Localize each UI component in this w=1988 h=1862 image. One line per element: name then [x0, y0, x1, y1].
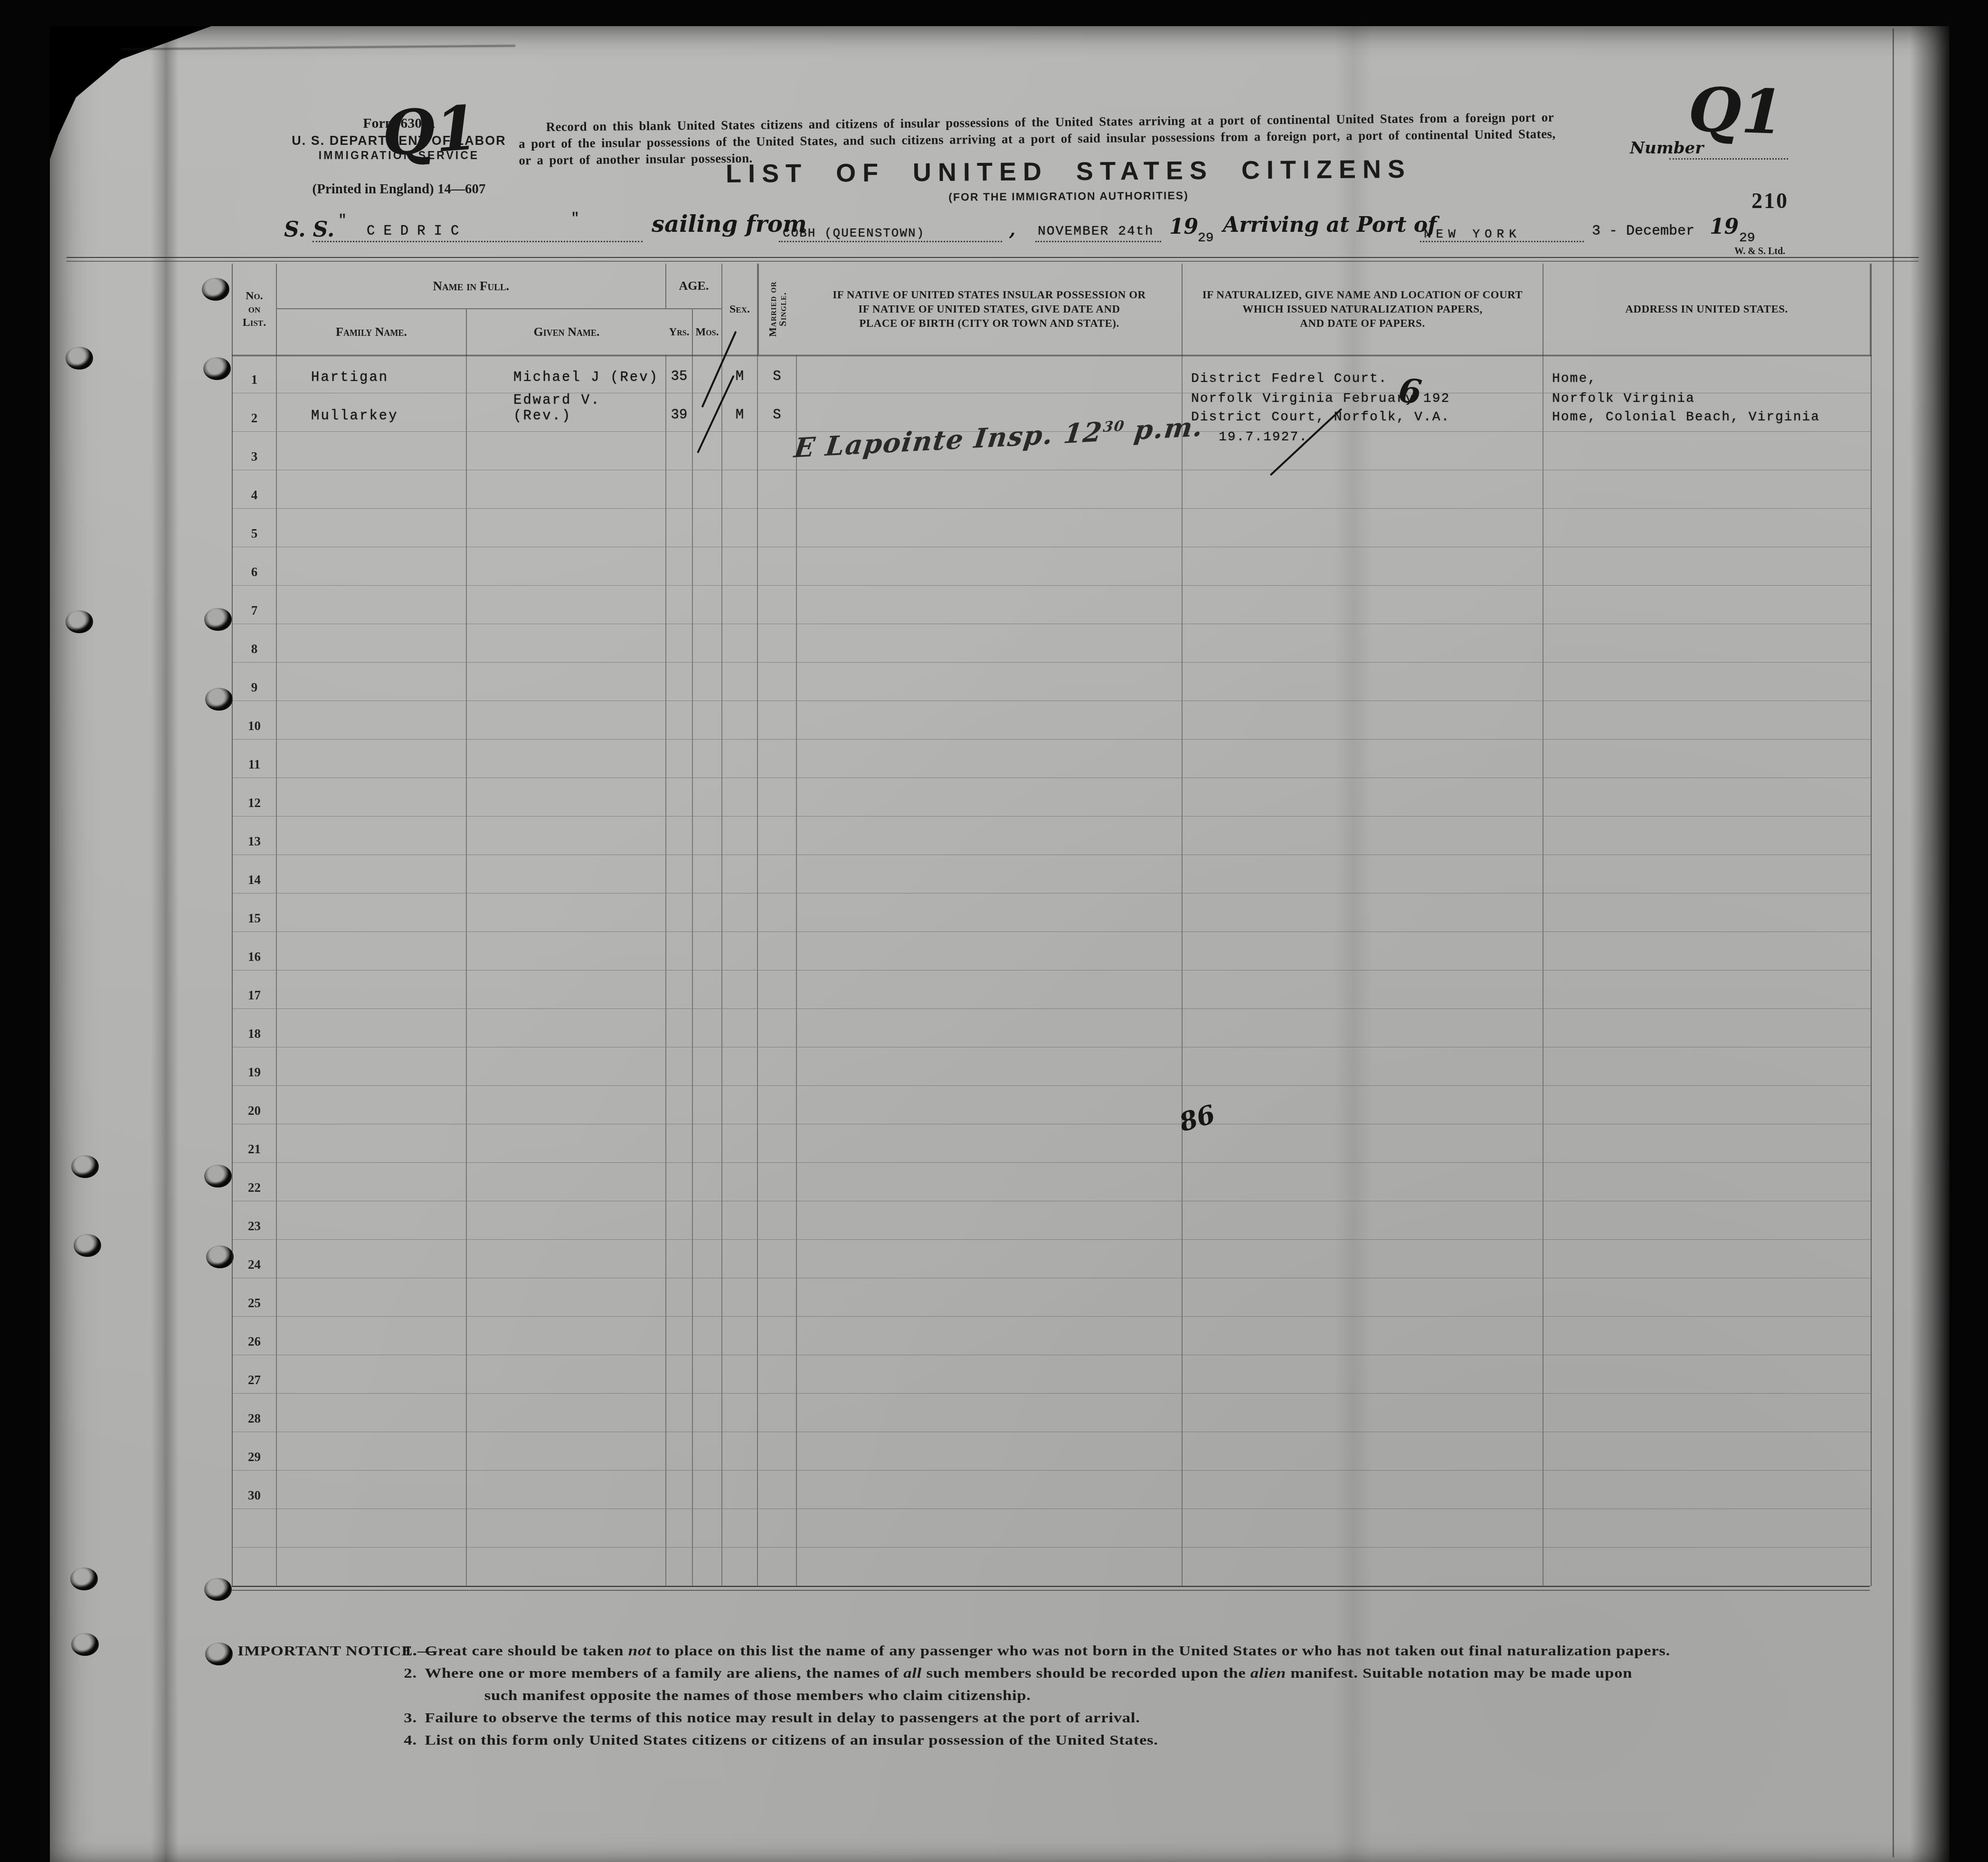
table-cell [758, 586, 797, 624]
table-cell [693, 1047, 722, 1086]
table-cell [467, 470, 666, 509]
table-cell [467, 1509, 666, 1548]
table-cell [277, 1317, 467, 1355]
table-cell [693, 1124, 722, 1163]
table-cell [693, 1317, 722, 1355]
table-cell [467, 855, 666, 893]
table-cell [722, 1509, 758, 1548]
table-cell [277, 970, 467, 1009]
table-cell [1543, 1317, 1871, 1355]
table-cell [797, 1201, 1183, 1240]
table-cell [277, 663, 467, 701]
table-cell [693, 1471, 722, 1509]
table-cell: S [758, 393, 797, 432]
important-notice: IMPORTANT NOTICE.—1.Great care should be… [237, 1640, 1890, 1751]
table-cell: Home, Colonial Beach, Virginia [1543, 393, 1871, 432]
table-cell [693, 509, 722, 547]
table-cell [1543, 1509, 1871, 1548]
table-cell [758, 1201, 797, 1240]
table-cell [693, 701, 722, 740]
table-cell [797, 970, 1183, 1009]
table-cell [277, 1394, 467, 1432]
table-cell [693, 970, 722, 1009]
table-body: 1HartiganMichael J (Rev)35MSDistrict Fed… [232, 355, 1872, 1586]
row-number-cell: 26 [233, 1317, 277, 1355]
table-cell [797, 663, 1183, 701]
table-cell [467, 547, 666, 586]
table-cell [467, 1124, 666, 1163]
printer-mark: W. & S. Ltd. [1734, 246, 1785, 257]
table-cell [1183, 1317, 1543, 1355]
table-cell [1543, 932, 1871, 970]
table-cell [758, 1086, 797, 1124]
table-cell [693, 817, 722, 855]
table-cell [1183, 586, 1543, 624]
table-cell [277, 817, 467, 855]
inspector-signature-time-sup: 30 [1102, 418, 1126, 436]
table-cell [666, 1317, 693, 1355]
sheet-number-stamp: 210 [1751, 188, 1789, 213]
table-cell: 35 [666, 355, 693, 393]
notice-line: such manifest opposite the names of thos… [237, 1684, 1890, 1707]
row-number-cell: 4 [233, 470, 277, 509]
table-cell [722, 701, 758, 740]
table-cell: District Fedrel Court.Norfolk Virginia F… [1183, 355, 1543, 393]
table-cell [797, 855, 1183, 893]
col-sex: Sex. [722, 264, 758, 355]
table-cell [758, 1471, 797, 1509]
notice-item-number: 4. [404, 1729, 417, 1751]
col-family-name: Family Name. [277, 309, 467, 355]
table-cell [797, 778, 1183, 817]
row-number-cell: 10 [233, 701, 277, 740]
table-bottom-rule [232, 1586, 1870, 1587]
table-cell [693, 1432, 722, 1471]
table-cell [666, 547, 693, 586]
arrival-dotted-line [1420, 240, 1584, 242]
row-number-cell: 8 [233, 624, 277, 663]
table-cell [722, 1047, 758, 1086]
notice-line: 3.Failure to observe the terms of this n… [237, 1707, 1890, 1729]
table-cell: Michael J (Rev) [467, 355, 666, 393]
horizontal-rule [66, 261, 1919, 262]
table-cell [1183, 778, 1543, 817]
col-yrs: Yrs. [666, 309, 693, 355]
table-cell [467, 1278, 666, 1317]
horizontal-rule [66, 257, 1919, 258]
table-cell [797, 1124, 1183, 1163]
table-cell [666, 1548, 693, 1586]
table-cell [797, 893, 1183, 932]
table-cell [1183, 1471, 1543, 1509]
table-cell [277, 432, 467, 470]
table-cell [1543, 1471, 1871, 1509]
table-cell [722, 1394, 758, 1432]
table-cell [797, 355, 1183, 393]
notice-line: 4.List on this form only United States c… [237, 1729, 1890, 1751]
table-cell [277, 1047, 467, 1086]
table-cell [467, 1432, 666, 1471]
table-cell [722, 1124, 758, 1163]
table-cell [1543, 663, 1871, 701]
table-cell [758, 1278, 797, 1317]
table-cell [1543, 586, 1871, 624]
table-cell [797, 1355, 1183, 1394]
punch-hole [204, 1165, 232, 1187]
table-cell [666, 778, 693, 817]
table-cell [758, 1509, 797, 1548]
table-cell [467, 932, 666, 970]
table-cell [277, 547, 467, 586]
table-cell [467, 1086, 666, 1124]
port-of-departure: COBH (QUEENSTOWN) [783, 226, 925, 240]
row-number-cell: 30 [233, 1471, 277, 1509]
table-cell [666, 624, 693, 663]
table-cell [1543, 1240, 1871, 1278]
table-cell [797, 1317, 1183, 1355]
table-cell [722, 1548, 758, 1586]
table-cell [666, 432, 693, 470]
year-19-printed: 19 [1169, 215, 1198, 239]
punch-hole [70, 1567, 98, 1590]
table-cell [722, 1471, 758, 1509]
table-cell [758, 1047, 797, 1086]
row-number-cell: 18 [233, 1009, 277, 1047]
table-cell [758, 855, 797, 893]
table-cell [467, 893, 666, 932]
table-cell [277, 1471, 467, 1509]
table-cell [1543, 1394, 1871, 1432]
punch-hole [206, 1245, 234, 1268]
table-cell [666, 1355, 693, 1394]
table-cell [1183, 1086, 1543, 1124]
row-number-cell: 25 [233, 1278, 277, 1317]
col-age: AGE. [666, 264, 722, 309]
table-cell [693, 1355, 722, 1394]
table-cell [722, 586, 758, 624]
table-cell [722, 932, 758, 970]
table-cell [277, 1240, 467, 1278]
punch-hole [203, 357, 231, 380]
table-cell [693, 893, 722, 932]
table-cell [722, 740, 758, 778]
table-cell [758, 1163, 797, 1201]
table-cell [1183, 432, 1543, 470]
table-cell [693, 778, 722, 817]
page-edge-shadow [1910, 26, 1950, 1862]
table-cell [758, 663, 797, 701]
punch-hole [202, 278, 229, 301]
table-cell [1183, 663, 1543, 701]
punch-hole [204, 1578, 232, 1601]
table-cell [666, 1509, 693, 1548]
table-cell [797, 547, 1183, 586]
table-cell [722, 970, 758, 1009]
table-cell [1183, 1432, 1543, 1471]
row-number-cell [233, 1509, 277, 1548]
table-cell: District Court, Norfolk, V.A.19.7.1927. [1183, 393, 1543, 432]
table-cell [1543, 1086, 1871, 1124]
notice-item-number: 3. [404, 1707, 417, 1729]
table-cell [693, 1278, 722, 1317]
row-number-cell: 15 [233, 893, 277, 932]
ship-name: CEDRIC [367, 223, 467, 239]
table-cell [467, 1047, 666, 1086]
notice-item-number: 1. [404, 1640, 417, 1662]
table-cell [722, 1009, 758, 1047]
table-cell [1183, 932, 1543, 970]
table-cell [1183, 855, 1543, 893]
table-cell [1183, 817, 1543, 855]
table-cell [693, 624, 722, 663]
table-cell [797, 740, 1183, 778]
table-cell [277, 893, 467, 932]
table-cell [1543, 740, 1871, 778]
sailing-year-typed: 29 [1198, 231, 1214, 246]
table-cell [666, 1278, 693, 1317]
table-cell [797, 1509, 1183, 1548]
table-cell [1543, 970, 1871, 1009]
table-cell [277, 740, 467, 778]
table-cell [666, 893, 693, 932]
separator-comma: , [1009, 218, 1015, 240]
table-cell [722, 1355, 758, 1394]
table-cell [693, 740, 722, 778]
table-cell [467, 1201, 666, 1240]
table-cell [1183, 624, 1543, 663]
table-cell [797, 1009, 1183, 1047]
table-cell [797, 1394, 1183, 1432]
table-cell [1543, 1548, 1871, 1586]
table-cell [277, 1163, 467, 1201]
table-cell [467, 701, 666, 740]
table-cell: Home,Norfolk Virginia [1543, 355, 1871, 393]
table-cell [758, 624, 797, 663]
table-cell [758, 817, 797, 855]
table-cell [277, 701, 467, 740]
ship-close-quote: " [571, 211, 579, 227]
punch-hole [66, 610, 93, 633]
table-cell [666, 817, 693, 855]
table-cell [758, 932, 797, 970]
table-cell [1183, 1278, 1543, 1317]
table-cell [666, 1124, 693, 1163]
punch-hole [204, 608, 232, 631]
notice-line: 2.Where one or more members of a family … [237, 1662, 1890, 1684]
table-cell: Mullarkey [277, 393, 467, 432]
table-cell: S [758, 355, 797, 393]
table-cell [1183, 1124, 1543, 1163]
table-cell [1183, 1355, 1543, 1394]
row-number-cell: 27 [233, 1355, 277, 1394]
row-number-cell: 11 [233, 740, 277, 778]
table-cell [1183, 1201, 1543, 1240]
row-number-cell: 5 [233, 509, 277, 547]
table-cell [797, 932, 1183, 970]
table-cell [666, 1163, 693, 1201]
table-cell [693, 1240, 722, 1278]
table-cell [797, 1240, 1183, 1278]
table-cell [277, 624, 467, 663]
table-cell [693, 586, 722, 624]
table-cell: Hartigan [277, 355, 467, 393]
table-cell [693, 1201, 722, 1240]
table-cell [758, 1548, 797, 1586]
table-cell [722, 1317, 758, 1355]
table-cell [666, 470, 693, 509]
table-cell [797, 624, 1183, 663]
table-cell [693, 470, 722, 509]
page-edge-line [1893, 28, 1894, 1857]
row-number-cell: 20 [233, 1086, 277, 1124]
table-cell [666, 1047, 693, 1086]
table-cell [722, 547, 758, 586]
handwritten-corrected-digit: 6 [1397, 370, 1424, 412]
departure-dotted-line [779, 240, 1002, 242]
table-cell [758, 893, 797, 932]
table-cell [467, 740, 666, 778]
table-cell [467, 1163, 666, 1201]
table-cell [467, 1240, 666, 1278]
table-cell [758, 432, 797, 470]
table-cell [467, 817, 666, 855]
table-cell [693, 1394, 722, 1432]
table-cell [277, 1201, 467, 1240]
table-cell [666, 663, 693, 701]
table-cell [693, 1548, 722, 1586]
table-cell [1543, 1201, 1871, 1240]
table-cell [666, 701, 693, 740]
table-cell [1543, 1432, 1871, 1471]
table-cell [1543, 1355, 1871, 1394]
table-cell [666, 509, 693, 547]
table-cell [693, 547, 722, 586]
table-cell [758, 1355, 797, 1394]
table-cell [1183, 1240, 1543, 1278]
table-cell [722, 432, 758, 470]
arriving-label: Arriving at Port of [1223, 213, 1437, 237]
punch-hole [71, 1633, 99, 1656]
arrival-date: 3 - December [1592, 223, 1695, 239]
table-cell [1543, 547, 1871, 586]
table-cell [1183, 1047, 1543, 1086]
table-cell [797, 470, 1183, 509]
table-cell [693, 1009, 722, 1047]
table-cell [797, 1163, 1183, 1201]
table-header: No.onList. Name in Full. AGE. Sex. Marri… [232, 264, 1872, 356]
table-cell [1543, 778, 1871, 817]
table-cell [758, 1317, 797, 1355]
table-cell [1543, 432, 1871, 470]
col-native-birth: IF NATIVE OF UNITED STATES INSULAR POSSE… [797, 264, 1183, 355]
table-cell [1183, 740, 1543, 778]
ship-open-quote: " [338, 213, 347, 229]
punch-hole [66, 347, 93, 370]
table-cell [1183, 1009, 1543, 1047]
table-cell [666, 932, 693, 970]
row-number-cell: 16 [233, 932, 277, 970]
sailing-date: NOVEMBER 24th [1038, 224, 1154, 239]
row-number-cell: 12 [233, 778, 277, 817]
table-cell [666, 970, 693, 1009]
col-address: ADDRESS IN UNITED STATES. [1543, 264, 1871, 355]
table-cell [722, 817, 758, 855]
arrival-year-19-printed: 19 [1710, 215, 1739, 239]
table-cell [666, 586, 693, 624]
punch-hole [74, 1234, 101, 1257]
table-cell [666, 1240, 693, 1278]
table-cell [722, 1086, 758, 1124]
table-cell [1183, 1163, 1543, 1201]
table-cell [666, 1471, 693, 1509]
printed-in-england-note: (Printed in England) 14—607 [256, 181, 541, 197]
table-cell [1543, 1163, 1871, 1201]
table-cell [666, 855, 693, 893]
table-cell [467, 624, 666, 663]
col-name-in-full: Name in Full. [277, 264, 666, 309]
table-cell [1543, 1278, 1871, 1317]
handwritten-q1-left: Q1 [380, 97, 480, 165]
table-cell [722, 1163, 758, 1201]
notice-item-number: 2. [404, 1662, 417, 1684]
table-cell [797, 817, 1183, 855]
table-cell: M [722, 393, 758, 432]
table-cell [758, 701, 797, 740]
table-cell [1543, 509, 1871, 547]
table-cell [1183, 701, 1543, 740]
row-number-cell: 3 [233, 432, 277, 470]
ship-dotted-line [312, 240, 643, 242]
table-cell [1543, 701, 1871, 740]
row-number-cell: 19 [233, 1047, 277, 1086]
table-cell [758, 470, 797, 509]
table-cell [1543, 1124, 1871, 1163]
table-cell [277, 509, 467, 547]
col-married-or-single: Married or Single. [758, 264, 797, 355]
punch-hole [205, 688, 233, 711]
table-cell [758, 778, 797, 817]
table-cell [666, 740, 693, 778]
table-cell [467, 509, 666, 547]
table-cell [467, 1355, 666, 1394]
table-cell [1543, 817, 1871, 855]
row-number-cell: 28 [233, 1394, 277, 1432]
table-cell [758, 1240, 797, 1278]
table-cell [1183, 509, 1543, 547]
table-cell [277, 932, 467, 970]
table-cell [467, 778, 666, 817]
number-dotted-line [1669, 158, 1788, 160]
arrival-year-typed: 29 [1739, 231, 1755, 246]
table-cell [277, 1548, 467, 1586]
table-cell [797, 1432, 1183, 1471]
table-cell [1543, 624, 1871, 663]
table-cell [758, 547, 797, 586]
table-cell [1183, 470, 1543, 509]
table-cell [722, 1201, 758, 1240]
notice-line: IMPORTANT NOTICE.—1.Great care should be… [237, 1640, 1890, 1662]
table-cell [1183, 1394, 1543, 1432]
row-number-cell: 21 [233, 1124, 277, 1163]
table-cell [693, 663, 722, 701]
table-cell: 39 [666, 393, 693, 432]
sailing-date-dotted-line [1035, 240, 1161, 242]
table-cell [666, 1394, 693, 1432]
table-cell [758, 1432, 797, 1471]
row-number-cell: 13 [233, 817, 277, 855]
table-cell: Edward V. (Rev.) [467, 393, 666, 432]
table-cell [758, 509, 797, 547]
